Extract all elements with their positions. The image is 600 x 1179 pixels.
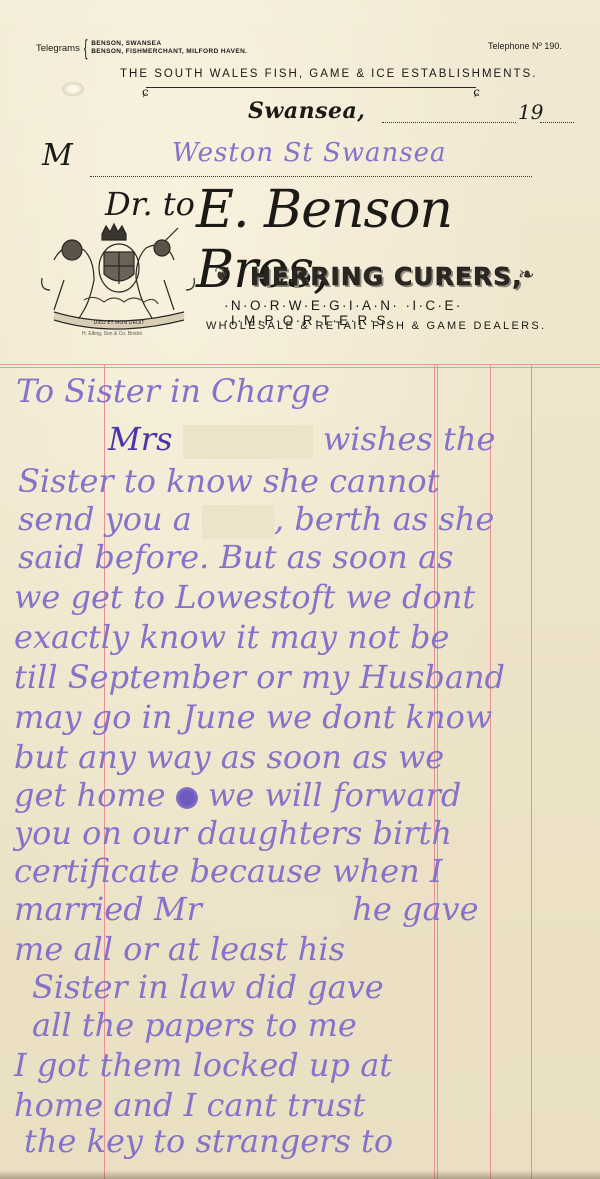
scroll-curl-icon: ɕ xyxy=(142,86,149,98)
punch-hole xyxy=(62,82,84,96)
redacted-word xyxy=(202,505,274,539)
trade-herring-curers: HERRING CURERS, xyxy=(250,262,523,291)
royal-coat-of-arms-icon: DIEU ET MON DROIT xyxy=(24,220,214,332)
handwritten-line: home and I cant trust xyxy=(14,1086,365,1124)
handwritten-line: all the papers to me xyxy=(32,1006,357,1044)
handwritten-line: send you a , berth as she xyxy=(18,500,494,539)
handwritten-line: exactly know it may not be xyxy=(14,618,449,656)
handwritten-line: the key to strangers to xyxy=(24,1122,393,1160)
telegrams-addresses: BENSON, SWANSEA BENSON, FISHMERCHANT, MI… xyxy=(91,40,247,56)
brace-icon: { xyxy=(84,37,88,59)
ornamental-rule: ɕ ɕ xyxy=(146,87,476,98)
handwritten-line: you on our daughters birth xyxy=(14,814,452,852)
handwritten-word: get home xyxy=(14,776,166,814)
handwritten-line: Sister to know she cannot xyxy=(18,462,439,500)
handwritten-line: Sister in law did gave xyxy=(32,968,384,1006)
handwritten-line: may go in June we dont know xyxy=(14,698,492,736)
establishments-heading: THE SOUTH WALES FISH, GAME & ICE ESTABLI… xyxy=(120,68,537,80)
telegrams-block: Telegrams { BENSON, SWANSEA BENSON, FISH… xyxy=(36,37,247,59)
debtor-prefix: Dr. to xyxy=(105,185,195,223)
ruled-line-top xyxy=(0,364,600,365)
trade-wholesale-retail: WHOLESALE & RETAIL FISH & GAME DEALERS. xyxy=(206,320,546,332)
handwritten-word: he gave xyxy=(352,890,478,928)
scroll-curl-icon: ɕ xyxy=(473,86,480,98)
handwritten-line: but any way as soon as we xyxy=(14,738,444,776)
handwritten-address: Weston St Swansea xyxy=(172,138,447,168)
telegram-line: BENSON, FISHMERCHANT, MILFORD HAVEN. xyxy=(91,48,247,56)
handwritten-word: wishes the xyxy=(323,420,496,458)
ink-scribble-icon xyxy=(176,787,198,809)
handwritten-word: Mrs xyxy=(108,420,172,458)
redacted-name xyxy=(183,425,313,459)
telegrams-label: Telegrams xyxy=(36,43,80,54)
handwritten-word: we will forward xyxy=(208,776,461,814)
svg-text:DIEU ET MON DROIT: DIEU ET MON DROIT xyxy=(94,320,146,326)
handwritten-line: till September or my Husband xyxy=(14,658,505,696)
handwritten-line: me all or at least his xyxy=(14,930,345,968)
ruled-column-line xyxy=(531,364,532,1179)
handwritten-line: certificate because when I xyxy=(14,852,442,890)
handwritten-line: I got them locked up at xyxy=(14,1046,392,1084)
flourish-right-icon: ❧ xyxy=(518,262,535,286)
handwritten-line: To Sister in Charge xyxy=(16,372,330,410)
handwritten-line: Mrs wishes the xyxy=(108,420,495,459)
handwritten-word: , berth as she xyxy=(274,500,494,538)
telephone-number: Telephone Nº 190. xyxy=(488,41,562,51)
addressee-prefix: M xyxy=(42,138,73,173)
handwritten-word: married Mr xyxy=(14,890,202,928)
ruled-column-line xyxy=(490,364,491,1179)
handwritten-line: we get to Lowestoft we dont xyxy=(14,578,475,616)
telegram-line: BENSON, SWANSEA xyxy=(91,40,247,48)
page-edge-shadow xyxy=(0,1170,600,1179)
ruled-line-top xyxy=(0,367,600,368)
town-name: Swansea, xyxy=(248,98,365,124)
handwritten-word: send you a xyxy=(18,500,192,538)
year-dotted-line xyxy=(540,122,574,123)
redacted-name xyxy=(212,895,342,929)
handwritten-line: get home we will forward xyxy=(14,776,461,814)
handwritten-line: married Mr he gave xyxy=(14,890,479,929)
flourish-left-icon: ❦ xyxy=(214,262,231,286)
addressee-dotted-line xyxy=(90,176,532,177)
handwritten-line: said before. But as soon as xyxy=(18,538,454,576)
date-dotted-line xyxy=(382,122,516,123)
printer-credit: H. Elting, Son & Co. Bristol xyxy=(82,331,142,337)
year-prefix: 19 xyxy=(518,100,543,124)
